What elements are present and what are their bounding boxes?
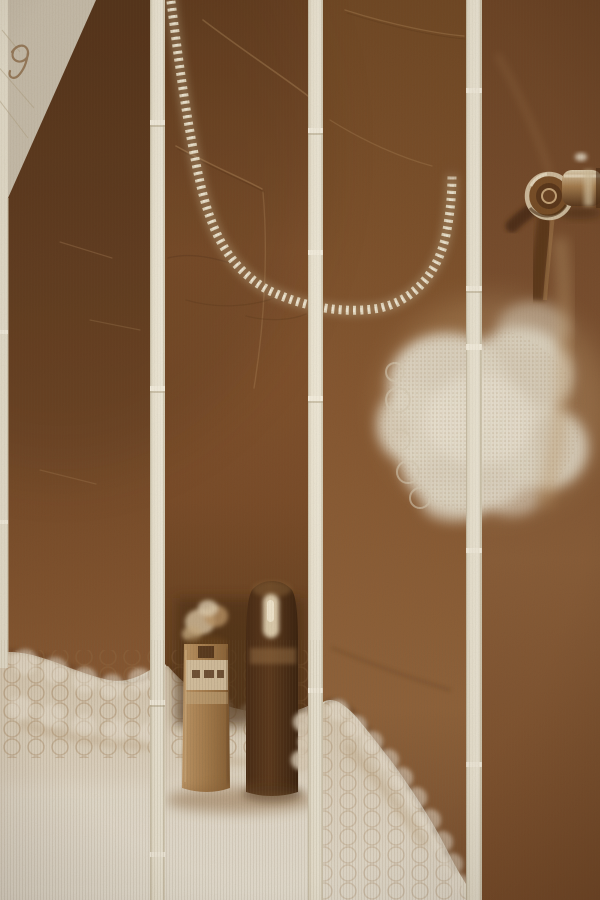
photo-canvas bbox=[0, 0, 600, 900]
grain-overlay bbox=[0, 0, 600, 900]
artwork-photo bbox=[0, 0, 600, 900]
